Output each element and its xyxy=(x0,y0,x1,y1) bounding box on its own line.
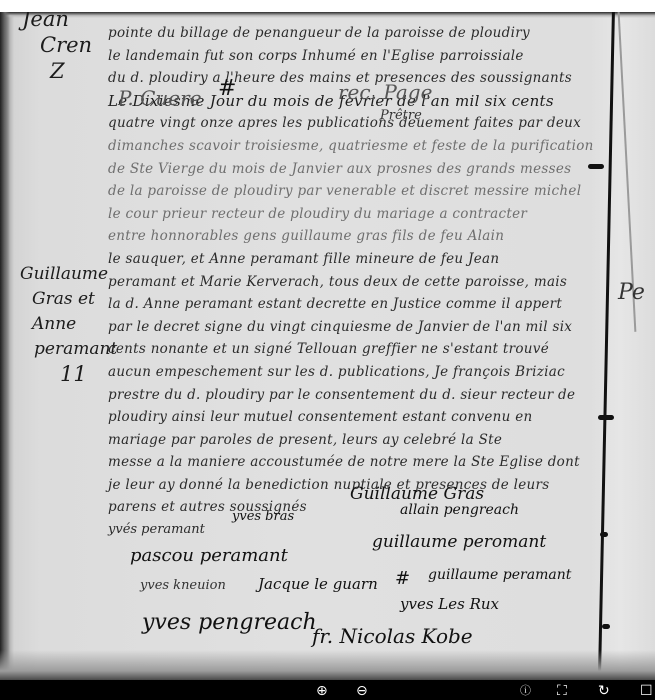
signature-yves-kneuion: yves kneuion xyxy=(140,578,226,593)
text-line: par le decret signe du vingt cinquiesme … xyxy=(108,316,603,339)
margin-note-line: Gras et xyxy=(10,287,115,312)
margin-note-guillaume-gras: Guillaume Gras et Anne peramant 11 xyxy=(10,262,115,387)
fullscreen-icon[interactable]: ⛶ xyxy=(557,684,567,698)
text-line: le sauquer, et Anne peramant fille mineu… xyxy=(108,248,603,271)
signature-jacque-le-guarn: Jacque le guarn xyxy=(258,575,378,593)
text-line: messe a la maniere accoustumée de notre … xyxy=(108,451,603,474)
margin-note-line: Jean xyxy=(10,12,115,32)
menu-icon[interactable]: ☐ xyxy=(640,684,653,698)
text-line: quatre vingt onze apres les publications… xyxy=(108,112,603,135)
rotate-icon[interactable]: ↻ xyxy=(598,684,610,698)
zoom-out-icon[interactable]: ⊖ xyxy=(356,684,368,698)
signature-guillaume-peromant: guillaume peromant xyxy=(372,532,546,552)
text-line: pointe du billage de penangueur de la pa… xyxy=(108,22,603,45)
text-line: mariage par paroles de present, leurs ay… xyxy=(108,429,603,452)
signature-yves-peramant: yvés peramant xyxy=(108,522,205,537)
signature-p-cuere: P. Cuere xyxy=(118,86,202,110)
signature-allain-pengreach: allain pengreach xyxy=(400,502,519,518)
text-line: aucun empeschement sur les d. publicatio… xyxy=(108,361,603,384)
signature-yves-les-rux: yves Les Rux xyxy=(400,595,499,613)
notary-mark-icon: # xyxy=(395,568,410,589)
signature-pascou-peramant: pascou peramant xyxy=(130,545,288,566)
signature-rec-page: rec. Page xyxy=(338,80,432,104)
viewer-toolbar: ⊕ ⊖ ⓘ ⛶ ↻ ☐ xyxy=(0,680,655,700)
text-line: entre honnorables gens guillaume gras fi… xyxy=(108,225,603,248)
binding-stitch xyxy=(588,164,604,169)
text-line: le cour prieur recteur de ploudiry du ma… xyxy=(108,203,603,226)
zoom-in-icon[interactable]: ⊕ xyxy=(316,684,328,698)
text-line: de la paroisse de ploudiry par venerable… xyxy=(108,180,603,203)
binding-stitch xyxy=(600,532,608,537)
text-line: dimanches scavoir troisiesme, quatriesme… xyxy=(108,135,603,158)
signature-nicolas-kobe: fr. Nicolas Kobe xyxy=(312,624,473,648)
binding-stitch xyxy=(602,624,610,629)
text-line: de Ste Vierge du mois de Janvier aux pro… xyxy=(108,158,603,181)
page-bottom-shadow xyxy=(0,650,655,680)
signature-guillaume-gras: Guillaume Gras xyxy=(350,484,484,504)
text-line: prestre du d. ploudiry par le consenteme… xyxy=(108,384,603,407)
margin-note-line: peramant xyxy=(10,337,115,362)
right-page-fragment: Pe xyxy=(618,280,645,305)
notary-mark-icon: # xyxy=(218,76,236,101)
signature-yves-pengreach: yves pengreach xyxy=(142,610,317,635)
text-line: la d. Anne peramant estant decrette en J… xyxy=(108,293,603,316)
text-line: le landemain fut son corps Inhumé en l'E… xyxy=(108,45,603,68)
signature-guillaume-peramant: guillaume peramant xyxy=(428,567,571,583)
document-viewer[interactable]: Jean Cren Z Guillaume Gras et Anne peram… xyxy=(0,12,655,680)
binding-stitch xyxy=(598,415,614,420)
top-bar xyxy=(0,0,655,12)
text-line: ploudiry ainsi leur mutuel consentement … xyxy=(108,406,603,429)
margin-note-line: Z xyxy=(10,58,115,84)
margin-note-line: Anne xyxy=(10,312,115,337)
signature-pretre: Prêtre xyxy=(380,108,422,123)
signature-yves-gras: yves bras xyxy=(232,509,294,524)
page-left-edge xyxy=(0,12,10,680)
text-line: peramant et Marie Kerverach, tous deux d… xyxy=(108,271,603,294)
info-icon[interactable]: ⓘ xyxy=(520,684,531,698)
text-line: cents nonante et un signé Tellouan greff… xyxy=(108,338,603,361)
margin-note-line: 11 xyxy=(10,362,115,387)
margin-note-line: Cren xyxy=(10,32,115,58)
margin-note-line: Guillaume xyxy=(10,262,115,287)
margin-note-jean-cren: Jean Cren Z xyxy=(10,12,115,84)
